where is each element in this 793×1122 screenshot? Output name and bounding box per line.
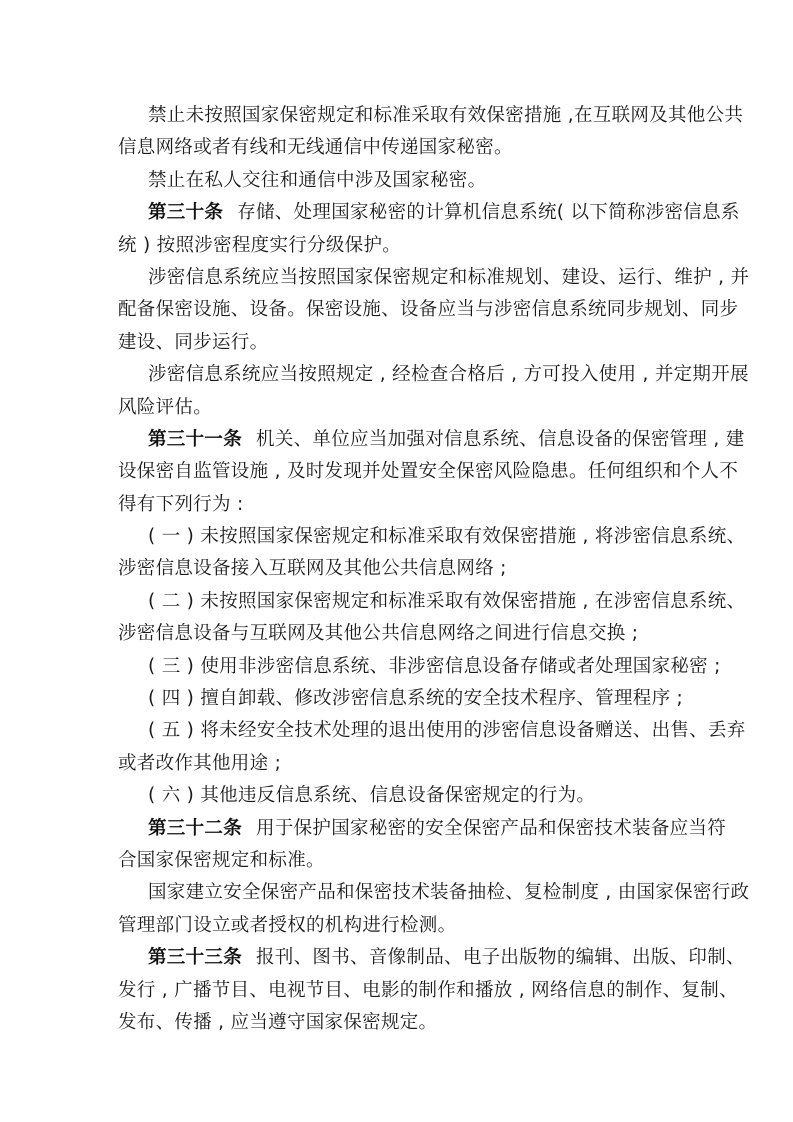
text-line: 涉密信息系统应当按照规定 , 经检查合格后 , 方可投入使用 , 并定期开展 — [118, 359, 678, 391]
text-line: 涉密信息设备接入互联网及其他公共信息网络 ; — [118, 553, 678, 585]
line-text: 报刊、图书、音像制品、电子出版物的编辑、出版、印制、 — [256, 947, 745, 968]
line-text: ( 一 ) 未按照国家保密规定和标准采取有效保密措施 , 将涉密信息系统、 — [148, 526, 745, 547]
article-heading-line: 第三十条存储、处理国家秘密的计算机信息系统( 以下简称涉密信息系 — [118, 197, 678, 229]
text-line: ( 六 ) 其他违反信息系统、信息设备保密规定的行为。 — [118, 780, 678, 812]
article-number: 第三十一条 — [148, 429, 242, 450]
text-line: 配备保密设施、设备。保密设施、设备应当与涉密信息系统同步规划、同步 — [118, 294, 678, 326]
text-line: 管理部门设立或者授权的机构进行检测。 — [118, 910, 678, 942]
line-text: 国家建立安全保密产品和保密技术装备抽检、复检制度 , 由国家保密行政 — [148, 882, 749, 903]
line-text: 涉密信息设备与互联网及其他公共信息网络之间进行信息交换 ; — [118, 623, 638, 644]
text-line: 发行 , 广播节目、电视节目、电影的制作和播放 , 网络信息的制作、复制、 — [118, 975, 678, 1007]
article-number: 第三十二条 — [148, 818, 242, 839]
article-heading-line: 第三十二条用于保护国家秘密的安全保密产品和保密技术装备应当符 — [118, 813, 678, 845]
line-text: 发行 , 广播节目、电视节目、电影的制作和播放 , 网络信息的制作、复制、 — [118, 980, 738, 1001]
line-text: ( 二 ) 未按照国家保密规定和标准采取有效保密措施 , 在涉密信息系统、 — [148, 591, 745, 612]
line-text: 涉密信息设备接入互联网及其他公共信息网络 ; — [118, 558, 507, 579]
text-line: 得有下列行为 : — [118, 489, 678, 521]
line-text: ( 四 ) 擅自卸载、修改涉密信息系统的安全技术程序、管理程序 ; — [148, 688, 683, 709]
line-text: 禁止未按照国家保密规定和标准采取有效保密措施 ,在互联网及其他公共 — [148, 105, 743, 126]
text-line: 涉密信息系统应当按照国家保密规定和标准规划、建设、运行、维护 , 并 — [118, 262, 678, 294]
line-text: 信息网络或者有线和无线通信中传递国家秘密。 — [118, 137, 513, 158]
article-heading-line: 第三十一条机关、单位应当加强对信息系统、信息设备的保密管理 , 建 — [118, 424, 678, 456]
line-text: 或者改作其他用途 ; — [118, 753, 281, 774]
document-body: 禁止未按照国家保密规定和标准采取有效保密措施 ,在互联网及其他公共信息网络或者有… — [118, 100, 678, 1039]
line-text: ( 六 ) 其他违反信息系统、信息设备保密规定的行为。 — [148, 785, 595, 806]
text-line: ( 一 ) 未按照国家保密规定和标准采取有效保密措施 , 将涉密信息系统、 — [118, 521, 678, 553]
article-number: 第三十三条 — [148, 947, 242, 968]
line-text: 存储、处理国家秘密的计算机信息系统( 以下简称涉密信息系 — [237, 202, 740, 223]
line-text: 涉密信息系统应当按照规定 , 经检查合格后 , 方可投入使用 , 并定期开展 — [148, 364, 749, 385]
text-line: 合国家保密规定和标准。 — [118, 845, 678, 877]
article-number: 第三十条 — [148, 202, 223, 223]
text-line: 涉密信息设备与互联网及其他公共信息网络之间进行信息交换 ; — [118, 618, 678, 650]
line-text: 发布、传播 , 应当遵守国家保密规定。 — [118, 1012, 437, 1033]
line-text: 用于保护国家秘密的安全保密产品和保密技术装备应当符 — [256, 818, 726, 839]
line-text: 机关、单位应当加强对信息系统、信息设备的保密管理 , 建 — [256, 429, 745, 450]
line-text: 管理部门设立或者授权的机构进行检测。 — [118, 915, 456, 936]
article-heading-line: 第三十三条报刊、图书、音像制品、电子出版物的编辑、出版、印制、 — [118, 942, 678, 974]
text-line: ( 五 ) 将未经安全技术处理的退出使用的涉密信息设备赠送、出售、丢弃 — [118, 715, 678, 747]
line-text: 风险评估。 — [118, 397, 212, 418]
text-line: 信息网络或者有线和无线通信中传递国家秘密。 — [118, 132, 678, 164]
line-text: 配备保密设施、设备。保密设施、设备应当与涉密信息系统同步规划、同步 — [118, 299, 738, 320]
text-line: 禁止在私人交往和通信中涉及国家秘密。 — [118, 165, 678, 197]
line-text: 得有下列行为 : — [118, 494, 244, 515]
line-text: 建设、同步运行。 — [118, 332, 268, 353]
text-line: ( 四 ) 擅自卸载、修改涉密信息系统的安全技术程序、管理程序 ; — [118, 683, 678, 715]
line-text: 设保密自监管设施 , 及时发现并处置安全保密风险隐患。任何组织和个人不 — [118, 461, 738, 482]
line-text: 统 ) 按照涉密程度实行分级保护。 — [118, 235, 401, 256]
line-text: 涉密信息系统应当按照国家保密规定和标准规划、建设、运行、维护 , 并 — [148, 267, 749, 288]
line-text: ( 三 ) 使用非涉密信息系统、非涉密信息设备存储或者处理国家秘密 ; — [148, 656, 721, 677]
text-line: 建设、同步运行。 — [118, 327, 678, 359]
document-page: 禁止未按照国家保密规定和标准采取有效保密措施 ,在互联网及其他公共信息网络或者有… — [0, 0, 793, 1122]
text-line: 或者改作其他用途 ; — [118, 748, 678, 780]
text-line: 国家建立安全保密产品和保密技术装备抽检、复检制度 , 由国家保密行政 — [118, 877, 678, 909]
text-line: 发布、传播 , 应当遵守国家保密规定。 — [118, 1007, 678, 1039]
line-text: ( 五 ) 将未经安全技术处理的退出使用的涉密信息设备赠送、出售、丢弃 — [148, 720, 746, 741]
line-text: 合国家保密规定和标准。 — [118, 850, 325, 871]
text-line: ( 三 ) 使用非涉密信息系统、非涉密信息设备存储或者处理国家秘密 ; — [118, 651, 678, 683]
text-line: 风险评估。 — [118, 392, 678, 424]
line-text: 禁止在私人交往和通信中涉及国家秘密。 — [148, 170, 486, 191]
text-line: 禁止未按照国家保密规定和标准采取有效保密措施 ,在互联网及其他公共 — [118, 100, 678, 132]
text-line: 设保密自监管设施 , 及时发现并处置安全保密风险隐患。任何组织和个人不 — [118, 456, 678, 488]
text-line: 统 ) 按照涉密程度实行分级保护。 — [118, 230, 678, 262]
text-line: ( 二 ) 未按照国家保密规定和标准采取有效保密措施 , 在涉密信息系统、 — [118, 586, 678, 618]
